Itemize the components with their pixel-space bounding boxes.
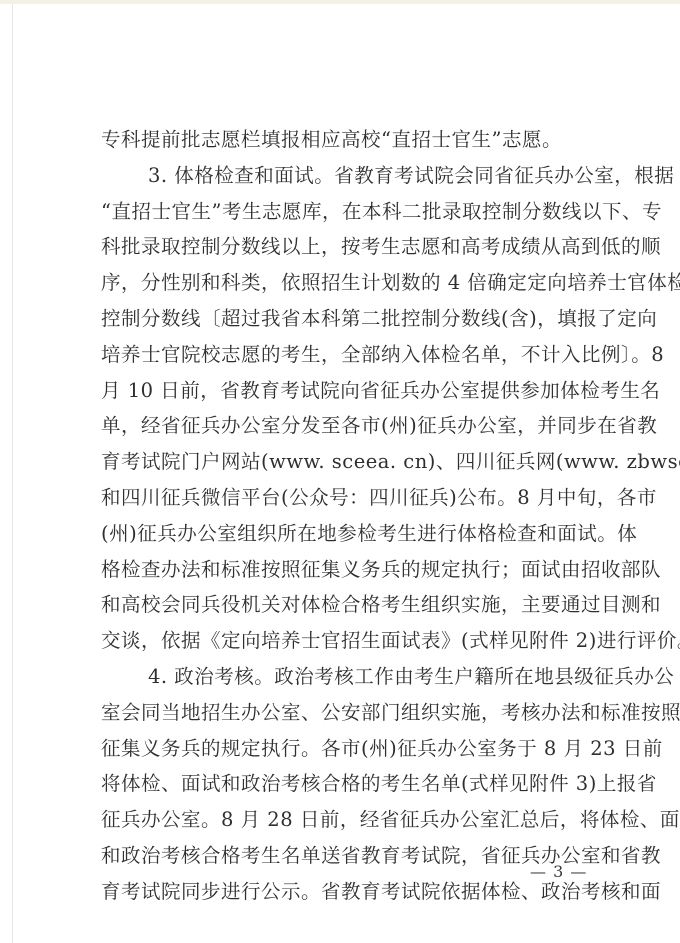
text-line: 育考试院同步进行公示。省教育考试院依据体检、政治考核和面 — [101, 874, 595, 910]
text-line: 征兵办公室。8 月 28 日前，经省征兵办公室汇总后，将体检、面试 — [101, 802, 595, 838]
section-heading-line: 3. 体格检查和面试。省教育考试院会同省征兵办公室，根据 — [101, 158, 595, 194]
text-line: 培养士官院校志愿的考生，全部纳入体检名单，不计入比例〕。8 — [101, 337, 595, 373]
text-line: 单，经省征兵办公室分发至各市(州)征兵办公室，并同步在省教 — [101, 408, 595, 444]
text-line: (州)征兵办公室组织所在地参检考生进行体格检查和面试。体 — [101, 516, 595, 552]
text-line: 格检查办法和标准按照征集义务兵的规定执行；面试由招收部队 — [101, 552, 595, 588]
document-body: 专科提前批志愿栏填报相应高校“直招士官生”志愿。 3. 体格检查和面试。省教育考… — [101, 122, 595, 910]
text-line: 和高校会同兵役机关对体检合格考生组织实施，主要通过目测和 — [101, 587, 595, 623]
scan-edge-left — [12, 4, 13, 943]
text-line: “直招士官生”考生志愿库，在本科二批录取控制分数线以下、专 — [101, 194, 595, 230]
text-line: 科批录取控制分数线以上，按考生志愿和高考成绩从高到低的顺 — [101, 229, 595, 265]
text-line: 将体检、面试和政治考核合格的考生名单(式样见附件 3)上报省 — [101, 766, 595, 802]
text-line: 序，分性别和科类，依照招生计划数的 4 倍确定定向培养士官体检 — [101, 265, 595, 301]
text-line: 专科提前批志愿栏填报相应高校“直招士官生”志愿。 — [101, 122, 595, 158]
text-line: 月 10 日前，省教育考试院向省征兵办公室提供参加体检考生名 — [101, 373, 595, 409]
text-line: 征集义务兵的规定执行。各市(州)征兵办公室务于 8 月 23 日前 — [101, 731, 595, 767]
section-heading-line: 4. 政治考核。政治考核工作由考生户籍所在地县级征兵办公 — [101, 659, 595, 695]
text-line: 控制分数线〔超过我省本科第二批控制分数线(含)，填报了定向 — [101, 301, 595, 337]
text-line: 室会同当地招生办公室、公安部门组织实施，考核办法和标准按照 — [101, 695, 595, 731]
text-line: 和政治考核合格考生名单送省教育考试院，省征兵办公室和省教 — [101, 838, 595, 874]
page-number: — 3 — — [530, 862, 587, 882]
scan-edge-top — [0, 0, 680, 4]
text-line: 和四川征兵微信平台(公众号：四川征兵)公布。8 月中旬，各市 — [101, 480, 595, 516]
text-line: 交谈，依据《定向培养士官招生面试表》(式样见附件 2)进行评价。 — [101, 623, 595, 659]
text-line: 育考试院门户网站(www. sceea. cn)、四川征兵网(www. zbws… — [101, 444, 595, 480]
